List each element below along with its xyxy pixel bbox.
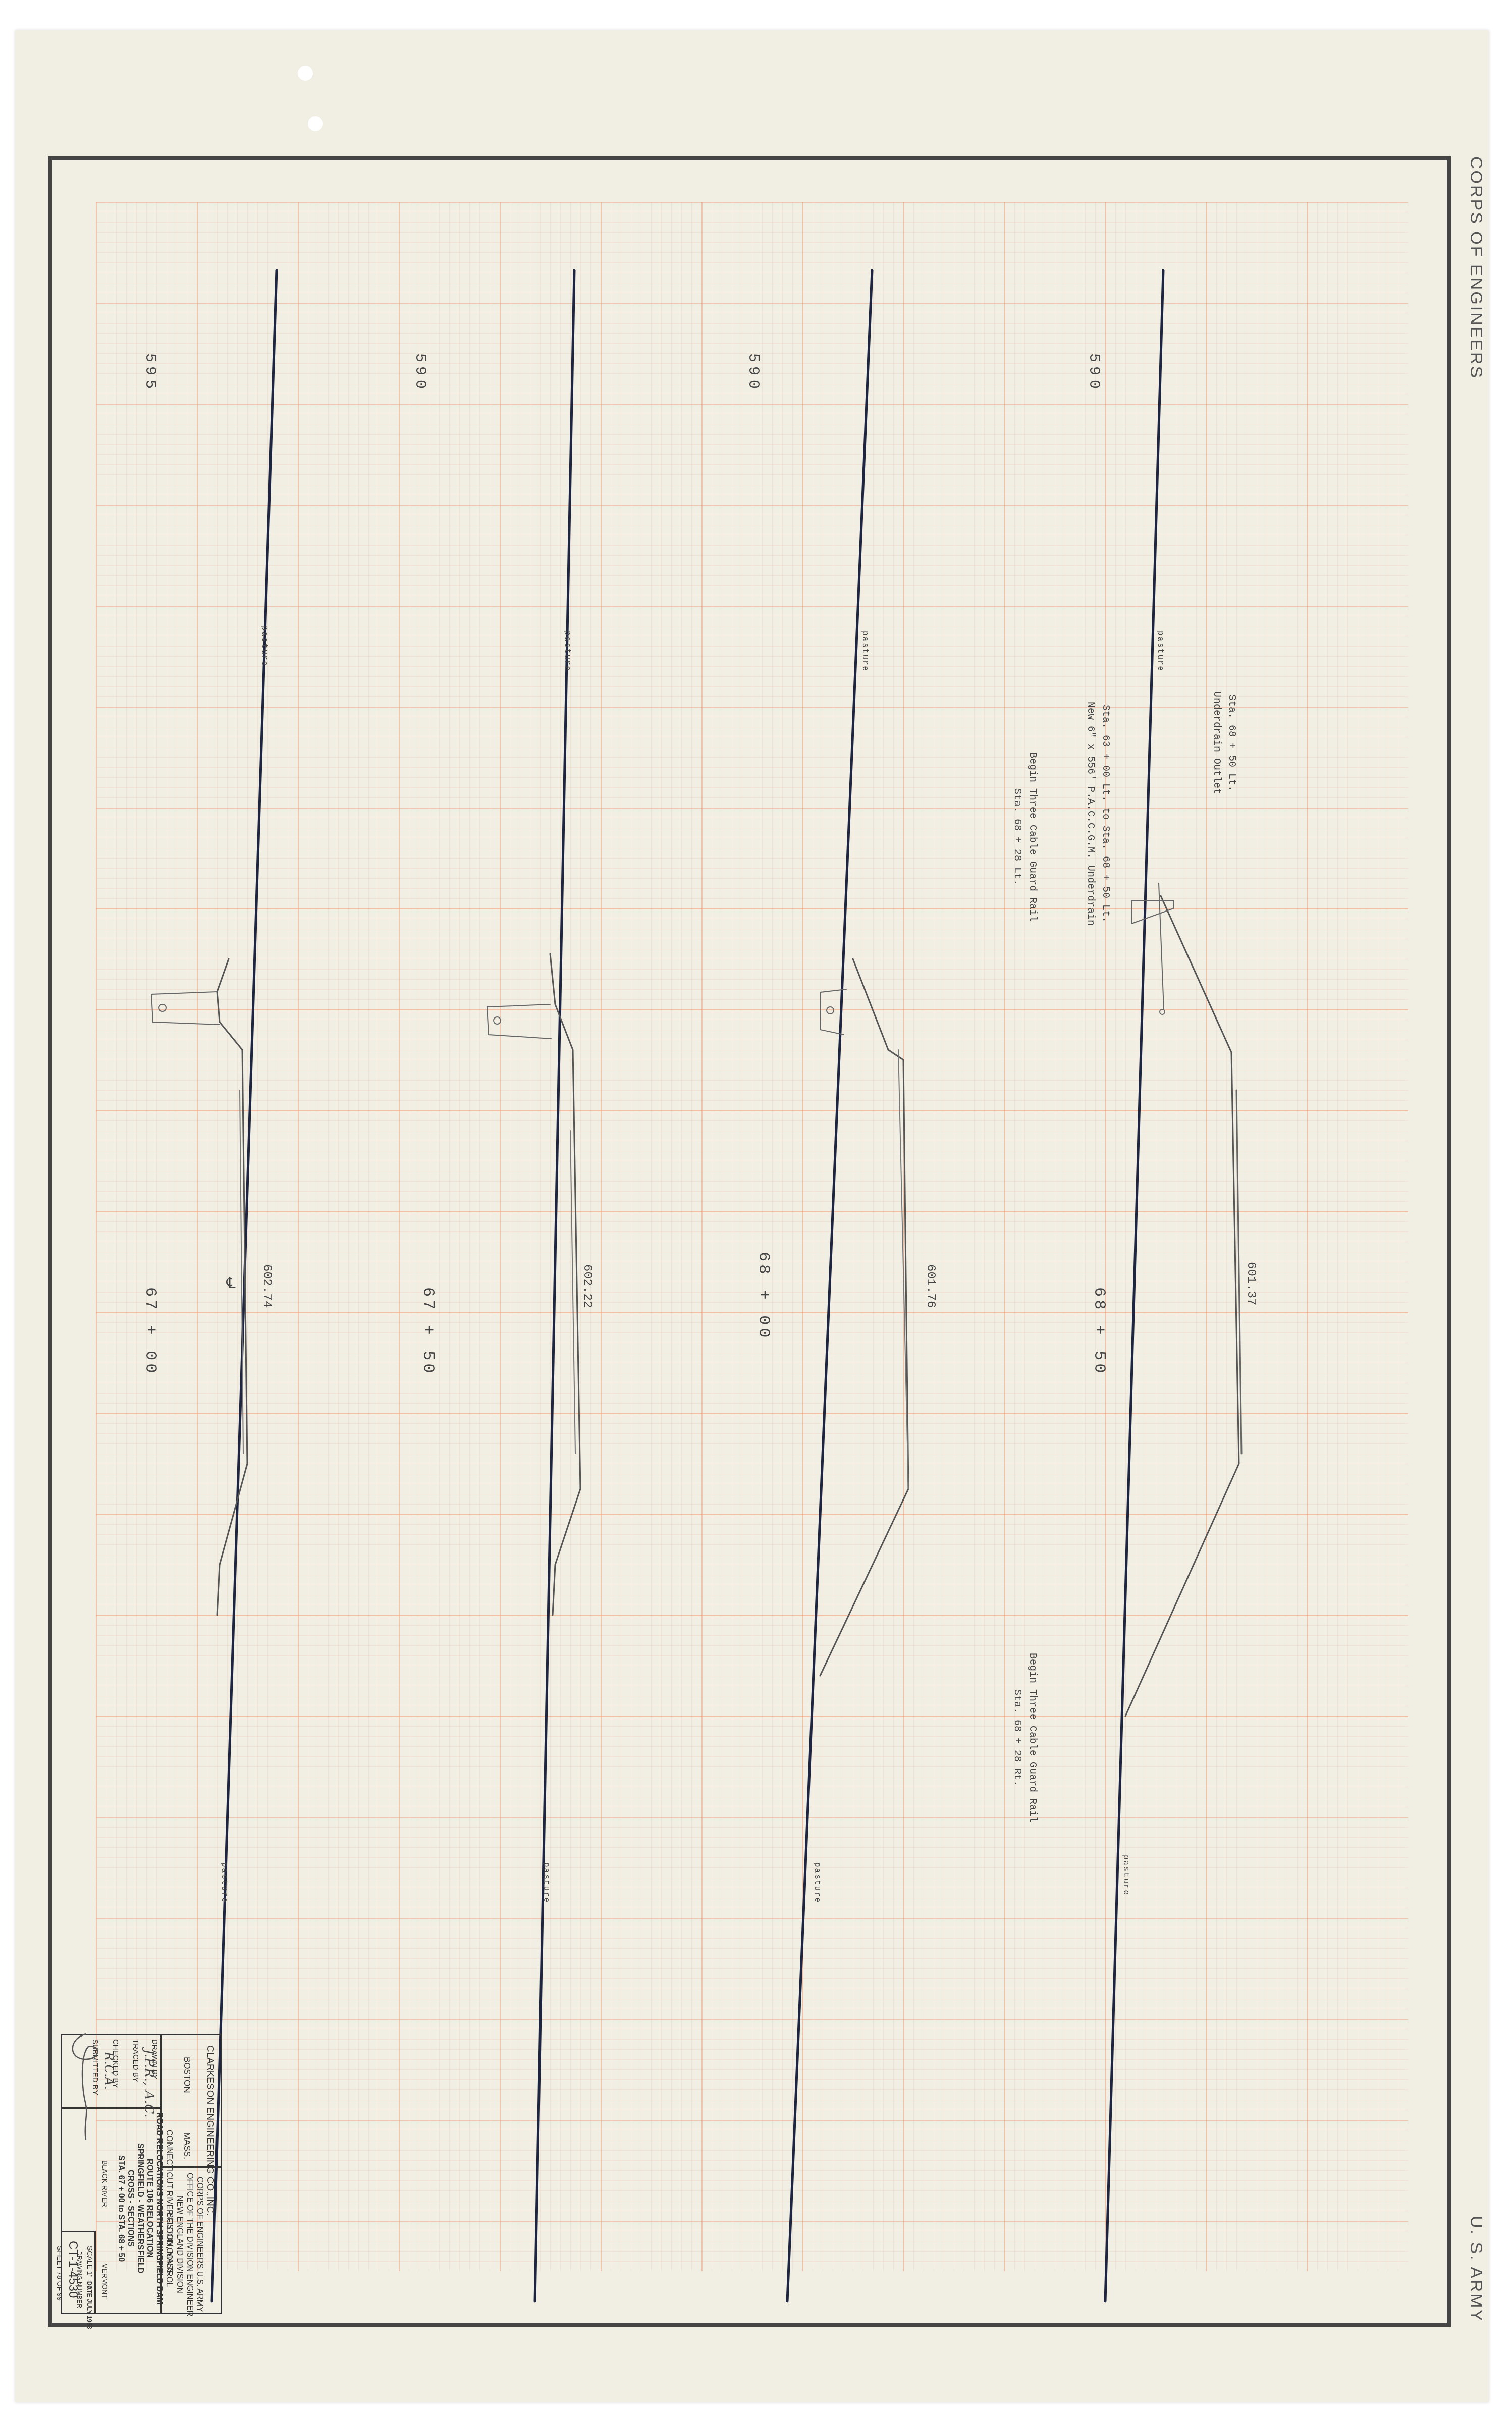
drawn-by-value: J.P.R., A.C.	[141, 2049, 156, 2118]
terrain-label: pasture	[1156, 631, 1165, 672]
note-underdrain-outlet: Sta. 68 + 50 Lt. Underdrain Outlet	[1209, 691, 1239, 794]
station-label: 67 + 50	[419, 1287, 438, 1376]
elevation-scale-label: 590	[411, 353, 428, 393]
state-name: VERMONT	[101, 2264, 109, 2299]
traced-by-label: TRACED BY	[131, 2039, 140, 2082]
elevation-scale-label: 590	[1085, 353, 1102, 393]
centerline-elevation: 601.37	[1244, 1262, 1258, 1305]
sheet-number: SHEET 78 OF 99	[56, 2246, 64, 2301]
drawing-number: CT-1-4530	[66, 2241, 80, 2298]
firm-city: BOSTON	[182, 2057, 192, 2093]
terrain-label: pasture	[1121, 1855, 1130, 1896]
centerline-elevation: 602.22	[580, 1264, 594, 1308]
terrain-label: pasture	[813, 1862, 822, 1903]
note-underdrain: Sta. 63 + 00 Lt. to Sta. 68 + 50 Lt. New…	[1083, 702, 1113, 926]
signature-scribble	[66, 2024, 106, 2145]
note-guard-rail-left: Begin Three Cable Guard Rail Sta. 68 + 2…	[1009, 752, 1040, 922]
section-67-50-lines	[487, 270, 580, 2301]
section-67-00-lines	[151, 270, 277, 2301]
elevation-scale-label: 595	[141, 353, 158, 393]
section-68-00-lines	[787, 270, 908, 2301]
station-label: 68 + 50	[1090, 1287, 1109, 1376]
project-title: CONNECTICUT RIVER FLOOD CONTROL ROAD REL…	[116, 2112, 174, 2305]
terrain-label: pasture	[542, 1862, 551, 1903]
section-68-50-lines	[1105, 270, 1241, 2301]
title-block: CLARKESON ENGINEERING CO.,INC. BOSTON MA…	[61, 2034, 222, 2314]
river-name: BLACK RIVER	[101, 2160, 109, 2207]
centerline-elevation: 602.74	[260, 1264, 274, 1308]
firm-name: CLARKESON ENGINEERING CO.,INC.	[204, 2045, 215, 2216]
date-value: DATE JULY 1958	[86, 2281, 93, 2329]
centerline-elevation: 601.76	[924, 1264, 937, 1308]
station-label: 68 + 00	[754, 1252, 773, 1341]
terrain-label: pasture	[860, 631, 870, 672]
terrain-label: pasture	[563, 631, 572, 672]
firm-state: MASS.	[182, 2132, 192, 2159]
note-guard-rail-right: Begin Three Cable Guard Rail Sta. 68 + 2…	[1009, 1653, 1040, 1823]
station-label: 67 + 00	[141, 1287, 160, 1376]
elevation-scale-label: 590	[744, 353, 762, 393]
centerline-symbol: ℄	[221, 1274, 238, 1291]
terrain-label: pasture	[220, 1862, 229, 1903]
terrain-label: pasture	[260, 626, 269, 667]
